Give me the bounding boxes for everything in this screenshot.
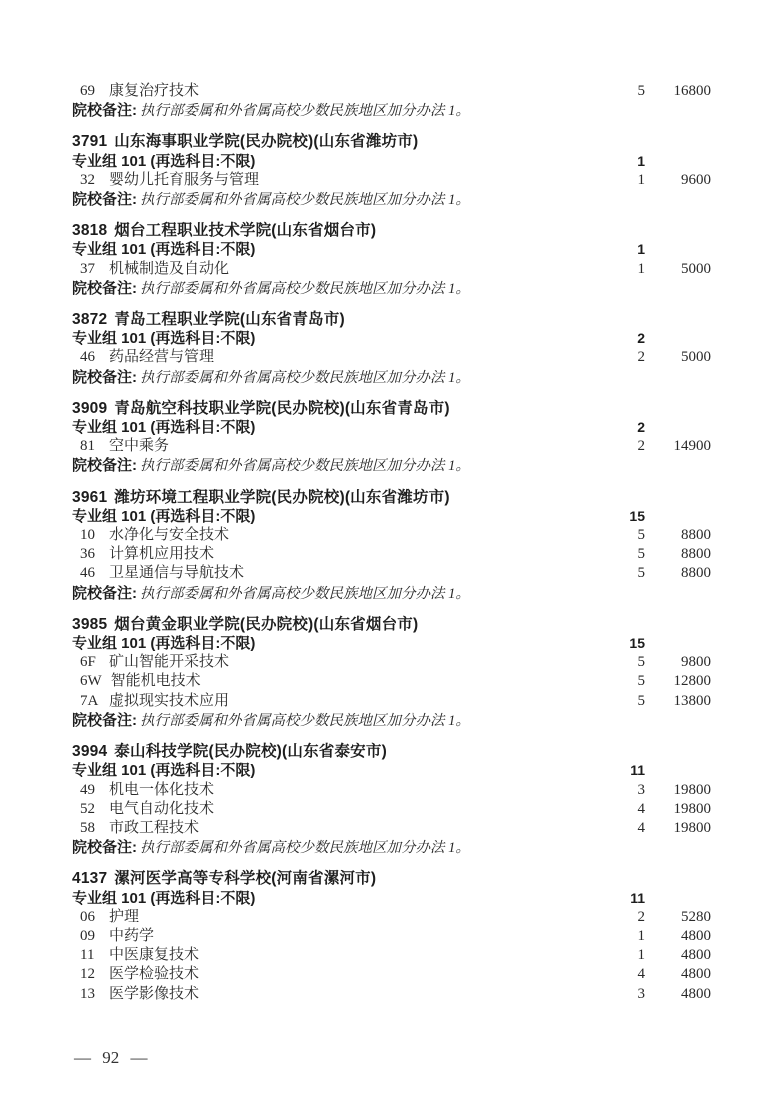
college-header-row: 3872青岛工程职业学院(山东省青岛市) <box>72 310 711 329</box>
major-code: 69 <box>80 82 100 101</box>
major-title: 6F矿山智能开采技术 <box>72 653 591 672</box>
major-title: 37机械制造及自动化 <box>72 260 591 279</box>
major-name: 婴幼儿托育服务与管理 <box>109 172 259 188</box>
major-title: 32婴幼儿托育服务与管理 <box>72 171 591 190</box>
major-group-row: 专业组 101 (再选科目:不限)11 <box>72 889 711 908</box>
college-remark-row: 院校备注:执行部委属和外省属高校少数民族地区加分办法 1。 <box>72 101 711 121</box>
college-code: 3872 <box>72 311 107 328</box>
college-code: 3818 <box>72 222 107 239</box>
college-remark: 院校备注:执行部委属和外省属高校少数民族地区加分办法 1。 <box>72 190 591 210</box>
remark-text: 执行部委属和外省属高校少数民族地区加分办法 1。 <box>140 586 470 602</box>
college-header-row: 3909青岛航空科技职业学院(民办院校)(山东省青岛市) <box>72 399 711 418</box>
major-name: 医学影像技术 <box>109 986 199 1002</box>
college-code: 3994 <box>72 743 107 760</box>
major-plan-count: 3 <box>591 781 645 800</box>
major-code: 81 <box>80 437 100 456</box>
remark-text: 执行部委属和外省属高校少数民族地区加分办法 1。 <box>140 281 470 297</box>
remark-text: 执行部委属和外省属高校少数民族地区加分办法 1。 <box>140 370 470 386</box>
major-group-plan-count: 2 <box>591 329 645 348</box>
college-remark: 院校备注:执行部委属和外省属高校少数民族地区加分办法 1。 <box>72 368 591 388</box>
major-plan-count: 5 <box>591 564 645 583</box>
major-plan-count: 2 <box>591 437 645 456</box>
major-code: 7A <box>80 692 100 711</box>
major-row: 09中药学14800 <box>72 927 711 946</box>
major-title: 09中药学 <box>72 927 591 946</box>
college-remark-row: 院校备注:执行部委属和外省属高校少数民族地区加分办法 1。 <box>72 456 711 476</box>
major-title: 58市政工程技术 <box>72 819 591 838</box>
major-group-label: 专业组 101 (再选科目:不限) <box>72 418 591 437</box>
document-page: 69康复治疗技术516800院校备注:执行部委属和外省属高校少数民族地区加分办法… <box>0 0 777 1112</box>
major-tuition-fee: 5000 <box>645 260 711 279</box>
major-name: 空中乘务 <box>109 438 169 454</box>
major-row: 58市政工程技术419800 <box>72 819 711 838</box>
page-number: — 92 — <box>74 1048 148 1067</box>
college-title: 3818烟台工程职业技术学院(山东省烟台市) <box>72 221 591 240</box>
major-plan-count: 5 <box>591 672 645 691</box>
college-header-row: 3961潍坊环境工程职业学院(民办院校)(山东省潍坊市) <box>72 488 711 507</box>
major-plan-count: 5 <box>591 692 645 711</box>
major-code: 10 <box>80 526 100 545</box>
college-header-row: 3791山东海事职业学院(民办院校)(山东省潍坊市) <box>72 132 711 151</box>
college-title: 3872青岛工程职业学院(山东省青岛市) <box>72 310 591 329</box>
major-name: 康复治疗技术 <box>109 83 199 99</box>
college-name: 漯河医学高等专科学校(河南省漯河市) <box>114 870 376 887</box>
major-title: 12医学检验技术 <box>72 965 591 984</box>
college-code: 3909 <box>72 400 107 417</box>
remark-label: 院校备注: <box>72 369 137 386</box>
major-row: 36计算机应用技术58800 <box>72 545 711 564</box>
major-tuition-fee: 4800 <box>645 927 711 946</box>
major-group-label: 专业组 101 (再选科目:不限) <box>72 240 591 259</box>
college-block: 3909青岛航空科技职业学院(民办院校)(山东省青岛市)专业组 101 (再选科… <box>72 399 711 477</box>
major-row: 46药品经营与管理25000 <box>72 348 711 367</box>
major-tuition-fee: 19800 <box>645 781 711 800</box>
remark-label: 院校备注: <box>72 457 137 474</box>
major-name: 虚拟现实技术应用 <box>109 693 229 709</box>
major-plan-count: 5 <box>591 545 645 564</box>
major-code: 11 <box>80 946 100 965</box>
college-name: 潍坊环境工程职业学院(民办院校)(山东省潍坊市) <box>114 489 449 506</box>
college-remark-row: 院校备注:执行部委属和外省属高校少数民族地区加分办法 1。 <box>72 368 711 388</box>
major-title: 69康复治疗技术 <box>72 82 591 101</box>
major-code: 32 <box>80 171 100 190</box>
major-row: 46卫星通信与导航技术58800 <box>72 564 711 583</box>
major-tuition-fee: 4800 <box>645 985 711 1004</box>
major-row: 69康复治疗技术516800 <box>72 82 711 101</box>
major-code: 58 <box>80 819 100 838</box>
major-title: 81空中乘务 <box>72 437 591 456</box>
major-row: 06护理25280 <box>72 908 711 927</box>
major-group-plan-count: 1 <box>591 240 645 259</box>
admission-plan-list: 69康复治疗技术516800院校备注:执行部委属和外省属高校少数民族地区加分办法… <box>72 82 711 1004</box>
college-remark-row: 院校备注:执行部委属和外省属高校少数民族地区加分办法 1。 <box>72 584 711 604</box>
major-row: 6W智能机电技术512800 <box>72 672 711 691</box>
major-title: 13医学影像技术 <box>72 985 591 1004</box>
major-row: 32婴幼儿托育服务与管理19600 <box>72 171 711 190</box>
major-group-label: 专业组 101 (再选科目:不限) <box>72 329 591 348</box>
major-row: 7A虚拟现实技术应用513800 <box>72 692 711 711</box>
major-tuition-fee: 5280 <box>645 908 711 927</box>
college-header-row: 3994泰山科技学院(民办院校)(山东省泰安市) <box>72 742 711 761</box>
major-group-row: 专业组 101 (再选科目:不限)2 <box>72 329 711 348</box>
major-plan-count: 5 <box>591 653 645 672</box>
major-name: 中医康复技术 <box>109 947 199 963</box>
major-code: 06 <box>80 908 100 927</box>
major-title: 6W智能机电技术 <box>72 672 591 691</box>
major-tuition-fee: 9600 <box>645 171 711 190</box>
major-name: 中药学 <box>109 928 154 944</box>
remark-label: 院校备注: <box>72 585 137 602</box>
college-code: 3961 <box>72 489 107 506</box>
major-plan-count: 4 <box>591 965 645 984</box>
major-name: 电气自动化技术 <box>109 801 214 817</box>
college-block: 3994泰山科技学院(民办院校)(山东省泰安市)专业组 101 (再选科目:不限… <box>72 742 711 858</box>
college-title: 3961潍坊环境工程职业学院(民办院校)(山东省潍坊市) <box>72 488 591 507</box>
major-tuition-fee: 19800 <box>645 800 711 819</box>
major-tuition-fee: 8800 <box>645 564 711 583</box>
major-code: 6W <box>80 672 102 691</box>
major-plan-count: 2 <box>591 348 645 367</box>
major-name: 卫星通信与导航技术 <box>109 565 244 581</box>
major-tuition-fee: 12800 <box>645 672 711 691</box>
major-code: 37 <box>80 260 100 279</box>
remark-label: 院校备注: <box>72 839 137 856</box>
college-name: 山东海事职业学院(民办院校)(山东省潍坊市) <box>114 133 418 150</box>
major-title: 46卫星通信与导航技术 <box>72 564 591 583</box>
major-plan-count: 5 <box>591 526 645 545</box>
college-block: 3961潍坊环境工程职业学院(民办院校)(山东省潍坊市)专业组 101 (再选科… <box>72 488 711 604</box>
college-remark: 院校备注:执行部委属和外省属高校少数民族地区加分办法 1。 <box>72 838 591 858</box>
major-group-row: 专业组 101 (再选科目:不限)11 <box>72 761 711 780</box>
major-group-row: 专业组 101 (再选科目:不限)1 <box>72 240 711 259</box>
college-title: 3994泰山科技学院(民办院校)(山东省泰安市) <box>72 742 591 761</box>
major-title: 10水净化与安全技术 <box>72 526 591 545</box>
college-header-row: 3985烟台黄金职业学院(民办院校)(山东省烟台市) <box>72 615 711 634</box>
major-tuition-fee: 5000 <box>645 348 711 367</box>
college-remark-row: 院校备注:执行部委属和外省属高校少数民族地区加分办法 1。 <box>72 838 711 858</box>
college-title: 3909青岛航空科技职业学院(民办院校)(山东省青岛市) <box>72 399 591 418</box>
college-code: 3985 <box>72 616 107 633</box>
major-tuition-fee: 14900 <box>645 437 711 456</box>
major-plan-count: 1 <box>591 260 645 279</box>
college-remark: 院校备注:执行部委属和外省属高校少数民族地区加分办法 1。 <box>72 711 591 731</box>
major-row: 12医学检验技术44800 <box>72 965 711 984</box>
major-plan-count: 1 <box>591 927 645 946</box>
major-plan-count: 4 <box>591 819 645 838</box>
college-name: 烟台工程职业技术学院(山东省烟台市) <box>114 222 376 239</box>
college-code: 3791 <box>72 133 107 150</box>
major-group-label: 专业组 101 (再选科目:不限) <box>72 152 591 171</box>
college-code: 4137 <box>72 870 107 887</box>
major-tuition-fee: 9800 <box>645 653 711 672</box>
college-remark-row: 院校备注:执行部委属和外省属高校少数民族地区加分办法 1。 <box>72 279 711 299</box>
major-code: 49 <box>80 781 100 800</box>
remark-label: 院校备注: <box>72 280 137 297</box>
major-plan-count: 1 <box>591 171 645 190</box>
college-header-row: 4137漯河医学高等专科学校(河南省漯河市) <box>72 869 711 888</box>
major-tuition-fee: 19800 <box>645 819 711 838</box>
college-header-row: 3818烟台工程职业技术学院(山东省烟台市) <box>72 221 711 240</box>
college-name: 烟台黄金职业学院(民办院校)(山东省烟台市) <box>114 616 418 633</box>
major-name: 机电一体化技术 <box>109 782 214 798</box>
major-name: 市政工程技术 <box>109 820 199 836</box>
major-group-row: 专业组 101 (再选科目:不限)15 <box>72 634 711 653</box>
major-code: 6F <box>80 653 100 672</box>
major-name: 智能机电技术 <box>111 673 201 689</box>
major-group-label: 专业组 101 (再选科目:不限) <box>72 634 591 653</box>
remark-label: 院校备注: <box>72 712 137 729</box>
major-plan-count: 4 <box>591 800 645 819</box>
college-name: 泰山科技学院(民办院校)(山东省泰安市) <box>114 743 387 760</box>
remark-text: 执行部委属和外省属高校少数民族地区加分办法 1。 <box>140 840 470 856</box>
college-block: 3872青岛工程职业学院(山东省青岛市)专业组 101 (再选科目:不限)246… <box>72 310 711 388</box>
major-group-row: 专业组 101 (再选科目:不限)2 <box>72 418 711 437</box>
major-name: 计算机应用技术 <box>109 546 214 562</box>
remark-text: 执行部委属和外省属高校少数民族地区加分办法 1。 <box>140 103 470 119</box>
college-remark: 院校备注:执行部委属和外省属高校少数民族地区加分办法 1。 <box>72 456 591 476</box>
major-row: 6F矿山智能开采技术59800 <box>72 653 711 672</box>
major-group-plan-count: 11 <box>591 761 645 780</box>
major-row: 52电气自动化技术419800 <box>72 800 711 819</box>
major-title: 52电气自动化技术 <box>72 800 591 819</box>
major-code: 46 <box>80 348 100 367</box>
major-group-plan-count: 15 <box>591 634 645 653</box>
college-title: 3985烟台黄金职业学院(民办院校)(山东省烟台市) <box>72 615 591 634</box>
college-remark-row: 院校备注:执行部委属和外省属高校少数民族地区加分办法 1。 <box>72 711 711 731</box>
college-remark: 院校备注:执行部委属和外省属高校少数民族地区加分办法 1。 <box>72 101 591 121</box>
major-tuition-fee: 8800 <box>645 545 711 564</box>
major-tuition-fee: 4800 <box>645 965 711 984</box>
major-row: 37机械制造及自动化15000 <box>72 260 711 279</box>
college-remark: 院校备注:执行部委属和外省属高校少数民族地区加分办法 1。 <box>72 279 591 299</box>
major-name: 医学检验技术 <box>109 966 199 982</box>
major-name: 机械制造及自动化 <box>109 261 229 277</box>
college-block: 3818烟台工程职业技术学院(山东省烟台市)专业组 101 (再选科目:不限)1… <box>72 221 711 299</box>
major-plan-count: 1 <box>591 946 645 965</box>
college-block: 4137漯河医学高等专科学校(河南省漯河市)专业组 101 (再选科目:不限)1… <box>72 869 711 1003</box>
remark-label: 院校备注: <box>72 102 137 119</box>
major-row: 49机电一体化技术319800 <box>72 781 711 800</box>
major-row: 11中医康复技术14800 <box>72 946 711 965</box>
major-row: 10水净化与安全技术58800 <box>72 526 711 545</box>
major-code: 36 <box>80 545 100 564</box>
major-code: 12 <box>80 965 100 984</box>
major-name: 矿山智能开采技术 <box>109 654 229 670</box>
major-group-row: 专业组 101 (再选科目:不限)15 <box>72 507 711 526</box>
major-code: 52 <box>80 800 100 819</box>
college-title: 4137漯河医学高等专科学校(河南省漯河市) <box>72 869 591 888</box>
major-name: 护理 <box>109 909 139 925</box>
major-code: 46 <box>80 564 100 583</box>
major-group-plan-count: 2 <box>591 418 645 437</box>
remark-text: 执行部委属和外省属高校少数民族地区加分办法 1。 <box>140 458 470 474</box>
major-group-label: 专业组 101 (再选科目:不限) <box>72 889 591 908</box>
major-title: 49机电一体化技术 <box>72 781 591 800</box>
major-group-plan-count: 1 <box>591 152 645 171</box>
major-title: 36计算机应用技术 <box>72 545 591 564</box>
major-name: 水净化与安全技术 <box>109 527 229 543</box>
major-title: 7A虚拟现实技术应用 <box>72 692 591 711</box>
major-code: 13 <box>80 985 100 1004</box>
major-row: 13医学影像技术34800 <box>72 985 711 1004</box>
major-tuition-fee: 8800 <box>645 526 711 545</box>
page-footer: — 92 — <box>74 1048 148 1068</box>
major-code: 09 <box>80 927 100 946</box>
major-title: 11中医康复技术 <box>72 946 591 965</box>
major-plan-count: 3 <box>591 985 645 1004</box>
college-title: 3791山东海事职业学院(民办院校)(山东省潍坊市) <box>72 132 591 151</box>
remark-text: 执行部委属和外省属高校少数民族地区加分办法 1。 <box>140 713 470 729</box>
college-block: 3985烟台黄金职业学院(民办院校)(山东省烟台市)专业组 101 (再选科目:… <box>72 615 711 731</box>
college-block: 3791山东海事职业学院(民办院校)(山东省潍坊市)专业组 101 (再选科目:… <box>72 132 711 210</box>
major-tuition-fee: 4800 <box>645 946 711 965</box>
college-block: 69康复治疗技术516800院校备注:执行部委属和外省属高校少数民族地区加分办法… <box>72 82 711 121</box>
major-tuition-fee: 13800 <box>645 692 711 711</box>
major-title: 06护理 <box>72 908 591 927</box>
major-group-plan-count: 11 <box>591 889 645 908</box>
major-group-row: 专业组 101 (再选科目:不限)1 <box>72 152 711 171</box>
major-row: 81空中乘务214900 <box>72 437 711 456</box>
major-plan-count: 5 <box>591 82 645 101</box>
major-plan-count: 2 <box>591 908 645 927</box>
major-group-label: 专业组 101 (再选科目:不限) <box>72 507 591 526</box>
major-group-label: 专业组 101 (再选科目:不限) <box>72 761 591 780</box>
major-tuition-fee: 16800 <box>645 82 711 101</box>
college-name: 青岛航空科技职业学院(民办院校)(山东省青岛市) <box>114 400 449 417</box>
college-remark-row: 院校备注:执行部委属和外省属高校少数民族地区加分办法 1。 <box>72 190 711 210</box>
remark-label: 院校备注: <box>72 191 137 208</box>
college-name: 青岛工程职业学院(山东省青岛市) <box>114 311 345 328</box>
major-name: 药品经营与管理 <box>109 349 214 365</box>
college-remark: 院校备注:执行部委属和外省属高校少数民族地区加分办法 1。 <box>72 584 591 604</box>
major-group-plan-count: 15 <box>591 507 645 526</box>
remark-text: 执行部委属和外省属高校少数民族地区加分办法 1。 <box>140 192 470 208</box>
major-title: 46药品经营与管理 <box>72 348 591 367</box>
